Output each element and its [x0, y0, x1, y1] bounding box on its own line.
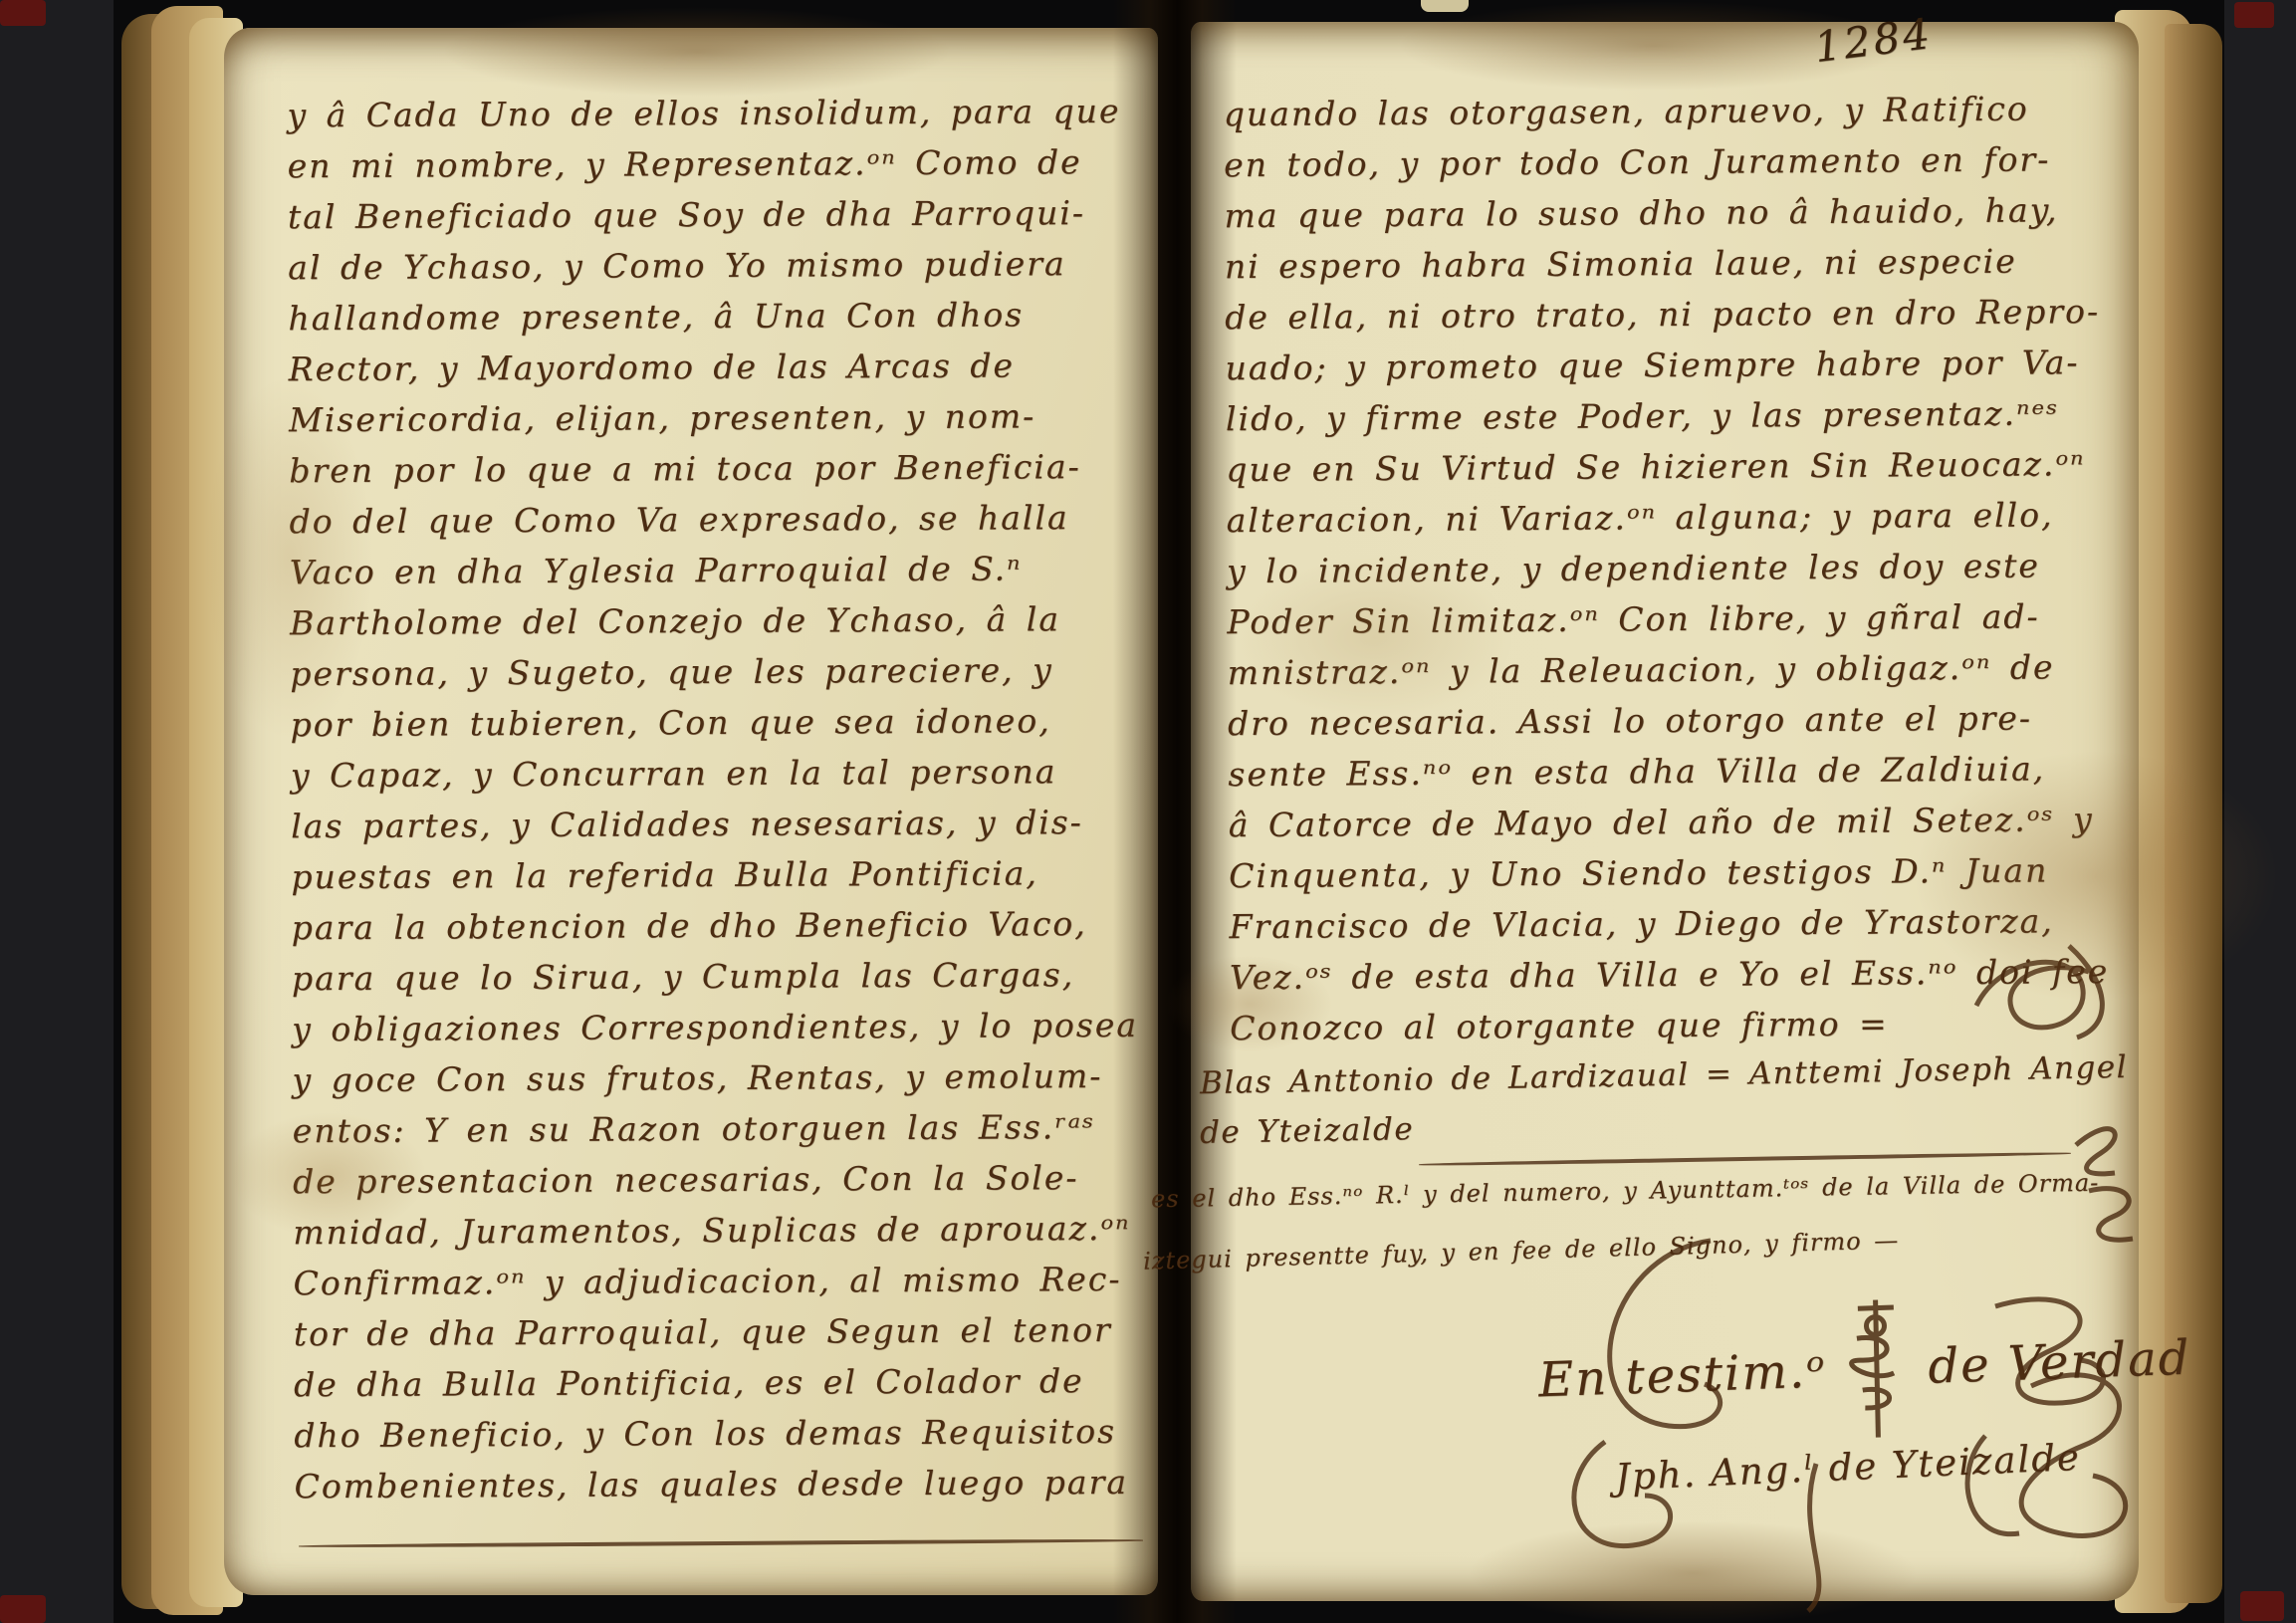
manuscript-line: alteracion, ni Variaz.ᵒⁿ alguna; y para … — [1226, 489, 2134, 546]
manuscript-line: Cinquenta, y Uno Siendo testigos D.ⁿ Jua… — [1229, 844, 2137, 901]
manuscript-line: Misericordia, elijan, presenten, y nom- — [289, 390, 1153, 446]
binding-corner — [2234, 2, 2274, 28]
manuscript-line: mnistraz.ᵒⁿ y la Releuacion, y obligaz.ᵒ… — [1228, 641, 2136, 698]
manuscript-line: y â Cada Uno de ellos insolidum, para qu… — [287, 86, 1151, 141]
manuscript-line: sente Ess.ⁿᵒ en esta dha Villa de Zaldiu… — [1228, 743, 2136, 800]
manuscript-line: para que lo Sirua, y Cumpla las Cargas, — [292, 949, 1156, 1005]
manuscript-line: y lo incidente, y dependiente les doy es… — [1227, 540, 2135, 596]
manuscript-photo: 1284 y â Cada Uno de ellos insolidum, pa… — [0, 0, 2296, 1623]
manuscript-line: por bien tubieren, Con que sea idoneo, — [290, 695, 1154, 751]
background-panel-right — [2224, 0, 2296, 1623]
manuscript-line: Confirmaz.ᵒⁿ y adjudicacion, al mismo Re… — [293, 1254, 1157, 1309]
manuscript-line: dro necesaria. Assi lo otorgo ante el pr… — [1228, 692, 2136, 749]
notarial-sign-icon — [1838, 1292, 1917, 1444]
manuscript-line: para la obtencion de dho Beneficio Vaco, — [292, 898, 1156, 954]
manuscript-line: dho Beneficio, y Con los demas Requisito… — [294, 1406, 1158, 1462]
manuscript-line: Vaco en dha Yglesia Parroquial de S.ⁿ — [290, 543, 1154, 598]
manuscript-line: mnidad, Juramentos, Suplicas de aprouaz.… — [293, 1203, 1157, 1259]
manuscript-line: hallandome presente, â Una Con dhos — [288, 289, 1152, 345]
manuscript-line: bren por lo que a mi toca por Beneficia- — [289, 441, 1153, 497]
manuscript-line: Bartholome del Conzejo de Ychaso, â la — [290, 593, 1154, 649]
manuscript-line: ni espero habra Simonia laue, ni especie — [1225, 235, 2133, 292]
manuscript-line: â Catorce de Mayo del año de mil Setez.ᵒ… — [1229, 794, 2137, 850]
binding-corner — [2240, 1591, 2284, 1621]
right-page-text: quando las otorgasen, apruevo, y Ratific… — [1224, 83, 2139, 1053]
manuscript-line: al de Ychaso, y Como Yo mismo pudiera — [288, 238, 1152, 294]
manuscript-line: y Capaz, y Concurran en la tal persona — [291, 746, 1155, 802]
attestation-text-left: En testim.ᵒ — [1537, 1342, 1827, 1408]
gutter-paper-notch — [1421, 0, 1469, 12]
grantor-signature-line: de Yteizalde — [1200, 1111, 1415, 1151]
manuscript-line: persona, y Sugeto, que les pareciere, y — [290, 644, 1154, 700]
manuscript-line: y obligaziones Correspondientes, y lo po… — [292, 1000, 1156, 1055]
manuscript-line: las partes, y Calidades nesesarias, y di… — [291, 797, 1155, 852]
background-panel-left — [0, 0, 114, 1623]
manuscript-line: tal Beneficiado que Soy de dha Parroqui- — [288, 187, 1152, 243]
manuscript-line: en mi nombre, y Representaz.ᵒⁿ Como de — [288, 136, 1152, 192]
manuscript-line: ma que para lo suso dho no â hauido, hay… — [1224, 184, 2132, 241]
manuscript-line: en todo, y por todo Con Juramento en for… — [1224, 133, 2132, 190]
manuscript-line: que en Su Virtud Se hizieren Sin Reuocaz… — [1226, 438, 2134, 495]
manuscript-line: uado; y prometo que Siempre habre por Va… — [1225, 337, 2133, 393]
manuscript-line: puestas en la referida Bulla Pontificia, — [291, 847, 1155, 903]
binding-corner — [0, 0, 46, 26]
manuscript-line: Conozco al otorgante que firmo = — [1230, 997, 2138, 1053]
manuscript-line: de dha Bulla Pontificia, es el Colador d… — [294, 1355, 1158, 1411]
manuscript-line: de ella, ni otro trato, ni pacto en dro … — [1225, 286, 2133, 343]
manuscript-line: y goce Con sus frutos, Rentas, y emolum- — [292, 1050, 1156, 1106]
manuscript-line: tor de dha Parroquial, que Segun el teno… — [294, 1304, 1158, 1360]
manuscript-line: do del que Como Va expresado, se halla — [289, 492, 1153, 548]
manuscript-line: lido, y firme este Poder, y las presenta… — [1226, 387, 2134, 444]
left-page-text: y â Cada Uno de ellos insolidum, para qu… — [287, 86, 1158, 1512]
manuscript-line: Francisco de Vlacia, y Diego de Yrastorz… — [1229, 895, 2137, 952]
manuscript-line: Combenientes, las quales desde luego par… — [294, 1457, 1158, 1512]
binding-corner — [0, 1595, 46, 1623]
manuscript-line: Poder Sin limitaz.ᵒⁿ Con libre, y gñral … — [1227, 590, 2135, 647]
manuscript-line: de presentacion necesarias, Con la Sole- — [293, 1152, 1157, 1208]
manuscript-line: Vez.ᵒˢ de esta dha Villa e Yo el Ess.ⁿᵒ … — [1230, 946, 2138, 1003]
manuscript-line: quando las otorgasen, apruevo, y Ratific… — [1224, 83, 2132, 139]
manuscript-line: entos: Y en su Razon otorguen las Ess.ʳᵃ… — [293, 1101, 1157, 1157]
attestation-text-right: de Verdad — [1927, 1330, 2191, 1395]
manuscript-line: Rector, y Mayordomo de las Arcas de — [289, 340, 1153, 395]
attestation-formula: En testim.ᵒ de Verdad — [1536, 1283, 2193, 1456]
